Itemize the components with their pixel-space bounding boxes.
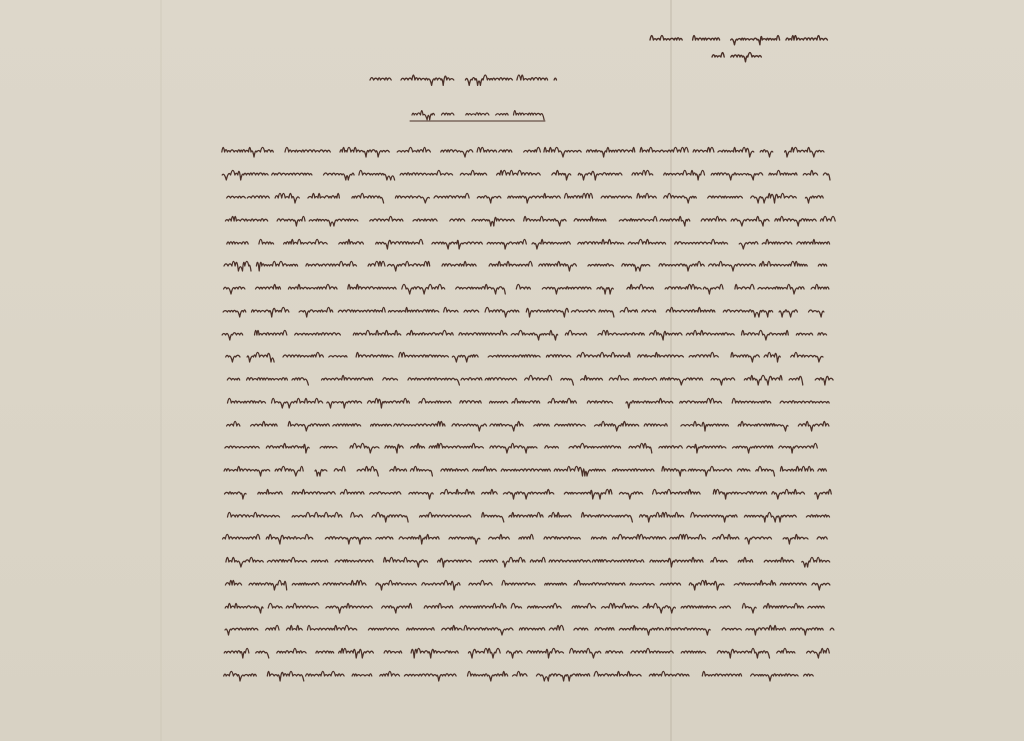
handwritten-word (224, 648, 249, 658)
handwritten-word (507, 651, 523, 658)
handwritten-word (701, 216, 726, 221)
handwritten-word (306, 671, 345, 676)
handwritten-word (432, 240, 482, 249)
handwritten-word (509, 512, 543, 517)
handwritten-word (370, 492, 401, 494)
handwritten-word (554, 466, 605, 476)
handwritten-word (720, 606, 731, 608)
handwritten-word (465, 75, 512, 85)
handwritten-word (555, 424, 586, 426)
handwritten-word (807, 648, 830, 658)
handwritten-word (497, 170, 541, 175)
handwritten-word (225, 446, 259, 448)
handwritten-word (419, 398, 451, 403)
handwritten-word (326, 603, 372, 613)
handwritten-word (222, 333, 243, 340)
handwritten-word (382, 603, 412, 613)
handwritten-word (442, 261, 476, 266)
handwritten-word (666, 307, 715, 312)
handwritten-word (460, 603, 506, 608)
handwritten-word (370, 216, 403, 221)
handwritten-word (650, 330, 683, 340)
handwritten-word (640, 147, 688, 152)
handwritten-word (272, 173, 312, 175)
handwritten-word (751, 193, 797, 203)
handwritten-word (619, 216, 657, 221)
handwritten-word (390, 466, 407, 471)
handwritten-word (267, 557, 306, 562)
handwritten-word (731, 36, 780, 45)
handwritten-word (420, 512, 471, 517)
handwritten-word (609, 375, 628, 380)
handwritten-word (613, 534, 666, 539)
handwritten-word (687, 444, 726, 453)
handwritten-word (408, 378, 459, 385)
handwritten-word (549, 560, 590, 562)
handwritten-word (340, 147, 389, 157)
handwritten-word (225, 603, 263, 613)
handwritten-word (292, 378, 308, 385)
handwritten-word (532, 239, 570, 249)
handwritten-word (247, 352, 274, 362)
handwritten-word (627, 284, 654, 289)
handwritten-word (536, 674, 589, 681)
handwritten-word (222, 170, 268, 180)
handwritten-word (660, 583, 680, 585)
handwritten-word (746, 625, 786, 635)
handwritten-word (527, 648, 564, 658)
handwritten-word (544, 147, 581, 157)
handwritten-word (564, 489, 612, 499)
handwritten-word (247, 378, 288, 380)
handwritten-word (775, 216, 816, 226)
handwritten-word (485, 378, 516, 380)
handwritten-word (578, 171, 622, 180)
handwritten-word (489, 261, 532, 266)
handwritten-word (225, 580, 241, 585)
handwritten-word (693, 147, 714, 152)
handwritten-word (812, 583, 830, 590)
handwritten-word (352, 674, 372, 676)
handwritten-word (601, 196, 631, 198)
handwritten-word (811, 284, 829, 289)
handwritten-word (702, 422, 728, 431)
handwritten-word (570, 648, 601, 658)
handwritten-word (409, 492, 433, 499)
handwritten-word (307, 625, 356, 630)
handwritten-word (227, 421, 240, 426)
handwritten-word (546, 355, 570, 357)
handwritten-word (325, 537, 371, 544)
handwritten-word (407, 330, 454, 335)
handwritten-word (742, 330, 789, 340)
handwritten-word (818, 469, 827, 471)
handwritten-word (689, 580, 724, 590)
handwritten-word (597, 287, 613, 294)
handwritten-word (779, 443, 818, 453)
handwritten-word (519, 534, 533, 539)
handwritten-word (769, 170, 797, 175)
handwritten-word (227, 378, 239, 380)
handwritten-word (350, 443, 379, 453)
handwritten-word (780, 401, 829, 403)
handwritten-word (412, 111, 435, 120)
handwritten-word (539, 261, 577, 271)
handwritten-word (598, 330, 644, 335)
handwritten-word (708, 196, 743, 198)
handwritten-word (738, 421, 788, 431)
handwritten-word (356, 352, 393, 357)
handwritten-word (691, 512, 737, 522)
handwritten-word (410, 466, 432, 476)
handwritten-word (434, 193, 469, 198)
handwritten-word (256, 651, 269, 658)
handwritten-word (395, 196, 429, 203)
handwritten-word (659, 446, 682, 448)
handwritten-word (224, 261, 251, 271)
handwritten-word (424, 603, 453, 608)
handwritten-word (385, 444, 403, 453)
handwritten-word (441, 489, 475, 494)
handwritten-word (526, 308, 568, 317)
handwritten-word (649, 671, 689, 676)
handwritten-word (565, 330, 586, 335)
handwritten-word (480, 560, 498, 562)
handwritten-word (587, 147, 635, 157)
handwritten-word (588, 264, 614, 266)
handwritten-word (338, 307, 385, 312)
handwritten-word (329, 356, 347, 358)
handwritten-word (777, 648, 795, 653)
handwritten-word (225, 216, 267, 221)
handwritten-word (266, 625, 279, 630)
handwritten-word (460, 401, 481, 403)
handwritten-word (758, 284, 804, 294)
handwritten-word (482, 512, 504, 522)
handwritten-word (640, 512, 684, 522)
handwritten-word (323, 580, 366, 585)
handwritten-word (642, 310, 656, 312)
handwritten-word (693, 36, 720, 40)
handwritten-word (503, 557, 525, 567)
handwritten-word (664, 170, 705, 180)
handwritten-word (266, 534, 313, 544)
handwritten-word (806, 515, 829, 517)
handwritten-word (223, 534, 260, 539)
handwritten-word (525, 375, 552, 380)
handwritten-word (779, 310, 797, 317)
handwritten-word (688, 466, 732, 476)
handwritten-word (742, 603, 756, 613)
handwritten-word (703, 284, 723, 294)
handwritten-word (595, 628, 614, 630)
handwritten-word (376, 239, 423, 249)
handwritten-word (275, 193, 299, 203)
handwritten-word (572, 603, 596, 608)
handwritten-word (733, 446, 773, 453)
handwritten-word (464, 625, 513, 635)
handwritten-word (411, 443, 425, 448)
handwritten-word (353, 330, 401, 335)
handwritten-word (797, 239, 830, 244)
handwritten-word (438, 558, 472, 567)
handwritten-word (472, 217, 514, 226)
handwritten-word (574, 628, 588, 630)
handwritten-word (444, 307, 458, 312)
handwritten-word (632, 170, 653, 175)
handwritten-word (735, 284, 754, 289)
handwritten-word (502, 580, 535, 585)
handwritten-word (731, 53, 762, 62)
handwritten-word (680, 398, 722, 403)
handwritten-word (288, 284, 337, 289)
handwritten-word (637, 193, 656, 198)
handwritten-word (255, 330, 287, 335)
handwritten-word (798, 421, 829, 431)
handwritten-word (315, 470, 327, 476)
handwritten-word (628, 239, 665, 244)
handwritten-word (772, 489, 805, 499)
handwritten-word (808, 606, 825, 608)
handwritten-word (285, 147, 330, 152)
handwritten-word (629, 443, 652, 453)
handwritten-word (665, 628, 710, 635)
handwritten-word (662, 466, 686, 476)
handwritten-word (399, 352, 449, 357)
handwritten-word (756, 466, 775, 476)
handwritten-word (490, 443, 537, 453)
handwritten-word (809, 310, 824, 317)
handwritten-word (449, 537, 480, 544)
handwritten-word (681, 651, 705, 653)
handwritten-word (718, 147, 754, 157)
handwritten-word (402, 284, 445, 294)
handwritten-word (309, 219, 358, 226)
handwritten-word (630, 583, 654, 585)
handwritten-word (723, 310, 772, 317)
handwritten-word (780, 583, 806, 585)
handwritten-word (407, 628, 435, 630)
handwritten-word (638, 352, 684, 357)
handwritten-word (256, 284, 281, 289)
handwritten-word (602, 603, 639, 608)
handwritten-word (764, 603, 804, 608)
handwritten-word (675, 239, 728, 244)
handwritten-word (524, 216, 566, 226)
handwritten-word (339, 239, 364, 244)
handwritten-word (459, 330, 507, 335)
handwritten-word (376, 580, 417, 590)
handwritten-word (817, 537, 827, 539)
handwritten-word (762, 239, 792, 244)
handwritten-word (760, 150, 773, 157)
handwritten-word (496, 113, 508, 115)
handwritten-word (422, 580, 460, 590)
handwritten-word (442, 625, 462, 630)
handwritten-word (268, 603, 282, 608)
handwritten-word (404, 674, 456, 681)
handwritten-word (482, 489, 498, 494)
handwritten-word (490, 401, 508, 403)
handwritten-word (468, 671, 508, 681)
handwritten-word (818, 264, 826, 266)
handwritten-word (485, 307, 519, 317)
handwritten-word (737, 469, 750, 471)
handwritten-word (388, 261, 430, 271)
handwritten-word (288, 421, 329, 431)
handwritten-word (530, 557, 545, 562)
handwritten-word (592, 560, 644, 562)
handwritten-word (228, 398, 266, 403)
handwritten-word (283, 352, 323, 357)
handwritten-word (549, 512, 571, 517)
handwritten-word (681, 606, 716, 608)
handwritten-word (380, 671, 400, 676)
handwritten-word (489, 534, 510, 539)
handwritten-word (513, 671, 528, 676)
handwritten-word (397, 147, 430, 152)
handwritten-word (561, 378, 574, 385)
handwritten-word (815, 376, 833, 385)
handwritten-word (223, 310, 246, 317)
handwritten-word (660, 216, 690, 226)
handwritten-word (786, 36, 828, 40)
handwritten-word (372, 512, 408, 522)
handwritten-word (477, 147, 497, 152)
handwritten-word (384, 651, 402, 653)
handwritten-word (308, 193, 340, 198)
handwritten-word (524, 147, 541, 152)
handwritten-word (292, 489, 335, 494)
handwritten-word (594, 671, 641, 676)
handwritten-word (327, 401, 362, 408)
handwritten-word (324, 173, 355, 180)
handwritten-word (643, 603, 675, 613)
handwritten-word (251, 421, 278, 426)
handwritten-word (335, 560, 373, 562)
handwritten-word (450, 219, 465, 221)
handwritten-word (225, 628, 258, 635)
handwritten-word (441, 150, 473, 157)
handwritten-word (744, 375, 782, 385)
handwritten-word (544, 537, 580, 539)
handwritten-word (469, 580, 492, 585)
handwritten-word (259, 239, 274, 244)
handwritten-word (384, 557, 428, 567)
handwritten-word (587, 401, 612, 403)
handwritten-word (224, 466, 270, 476)
handwritten-word (626, 398, 673, 408)
handwritten-word (554, 78, 556, 80)
handwritten-word (815, 489, 832, 499)
handwritten-word (789, 376, 803, 385)
handwritten-word (620, 307, 637, 312)
handwritten-word (653, 489, 701, 494)
handwritten-word (581, 375, 603, 380)
handwritten-word (340, 489, 364, 494)
handwritten-word (488, 355, 540, 357)
handwritten-word (499, 150, 512, 152)
handwritten-word (686, 330, 734, 335)
handwritten-word (549, 625, 563, 630)
handwritten-word (339, 648, 374, 658)
handwritten-word (376, 537, 393, 539)
handwritten-word (644, 424, 667, 426)
handwritten-word (739, 242, 758, 249)
handwritten-word (226, 355, 240, 362)
handwritten-word (711, 557, 727, 562)
handwritten-word (226, 557, 263, 567)
handwritten-word (796, 333, 812, 335)
handwritten-word (461, 378, 482, 380)
handwritten-word (468, 648, 500, 658)
handwritten-word (311, 560, 328, 562)
handwritten-word (574, 580, 625, 585)
handwritten-word (351, 512, 363, 517)
handwritten-word (619, 625, 663, 635)
handwritten-word (371, 424, 392, 426)
handwritten-word (823, 173, 830, 180)
handwritten-word (287, 625, 303, 630)
handwritten-word (542, 287, 591, 294)
handwritten-word (256, 261, 297, 271)
handwritten-word (306, 261, 357, 266)
handwritten-word (252, 307, 289, 317)
handwritten-word (275, 466, 303, 476)
handwritten-word (791, 352, 823, 362)
handwritten-word (780, 466, 813, 471)
handwritten-word (348, 284, 396, 289)
handwritten-word (514, 111, 545, 120)
handwritten-word (612, 469, 654, 471)
handwritten-word (511, 603, 521, 608)
handwritten-word (370, 78, 391, 80)
handwritten-word (681, 421, 701, 426)
handwritten-word (441, 469, 468, 471)
handwritten-word (452, 424, 487, 431)
handwritten-word (591, 537, 606, 539)
handwritten-word (820, 216, 835, 221)
handwritten-word (320, 446, 337, 448)
handwritten-word (460, 170, 486, 175)
handwritten-word (368, 398, 410, 408)
handwritten-word (508, 193, 561, 203)
handwritten-word (517, 75, 548, 80)
handwritten-word (490, 421, 523, 431)
handwritten-word (322, 375, 373, 380)
handwritten-word (803, 170, 817, 175)
handwritten-word (664, 193, 697, 203)
handwritten-word (222, 147, 273, 157)
handwritten-word (665, 284, 701, 289)
handwritten-word (764, 352, 780, 362)
handwritten-word (334, 466, 345, 471)
handwritten-word (228, 512, 280, 517)
handwritten-word (464, 310, 479, 312)
handwritten-word (247, 196, 269, 198)
handwritten-word (548, 398, 576, 403)
handwritten-word (316, 651, 334, 653)
handwritten-word (383, 378, 398, 380)
handwritten-word (578, 239, 624, 244)
handwritten-word (516, 284, 530, 289)
handwritten-word (830, 628, 834, 630)
handwritten-word (357, 466, 378, 476)
letter-subtitle (410, 111, 545, 121)
handwritten-word (388, 307, 438, 312)
handwritten-word (709, 261, 756, 271)
handwritten-word (359, 170, 395, 180)
